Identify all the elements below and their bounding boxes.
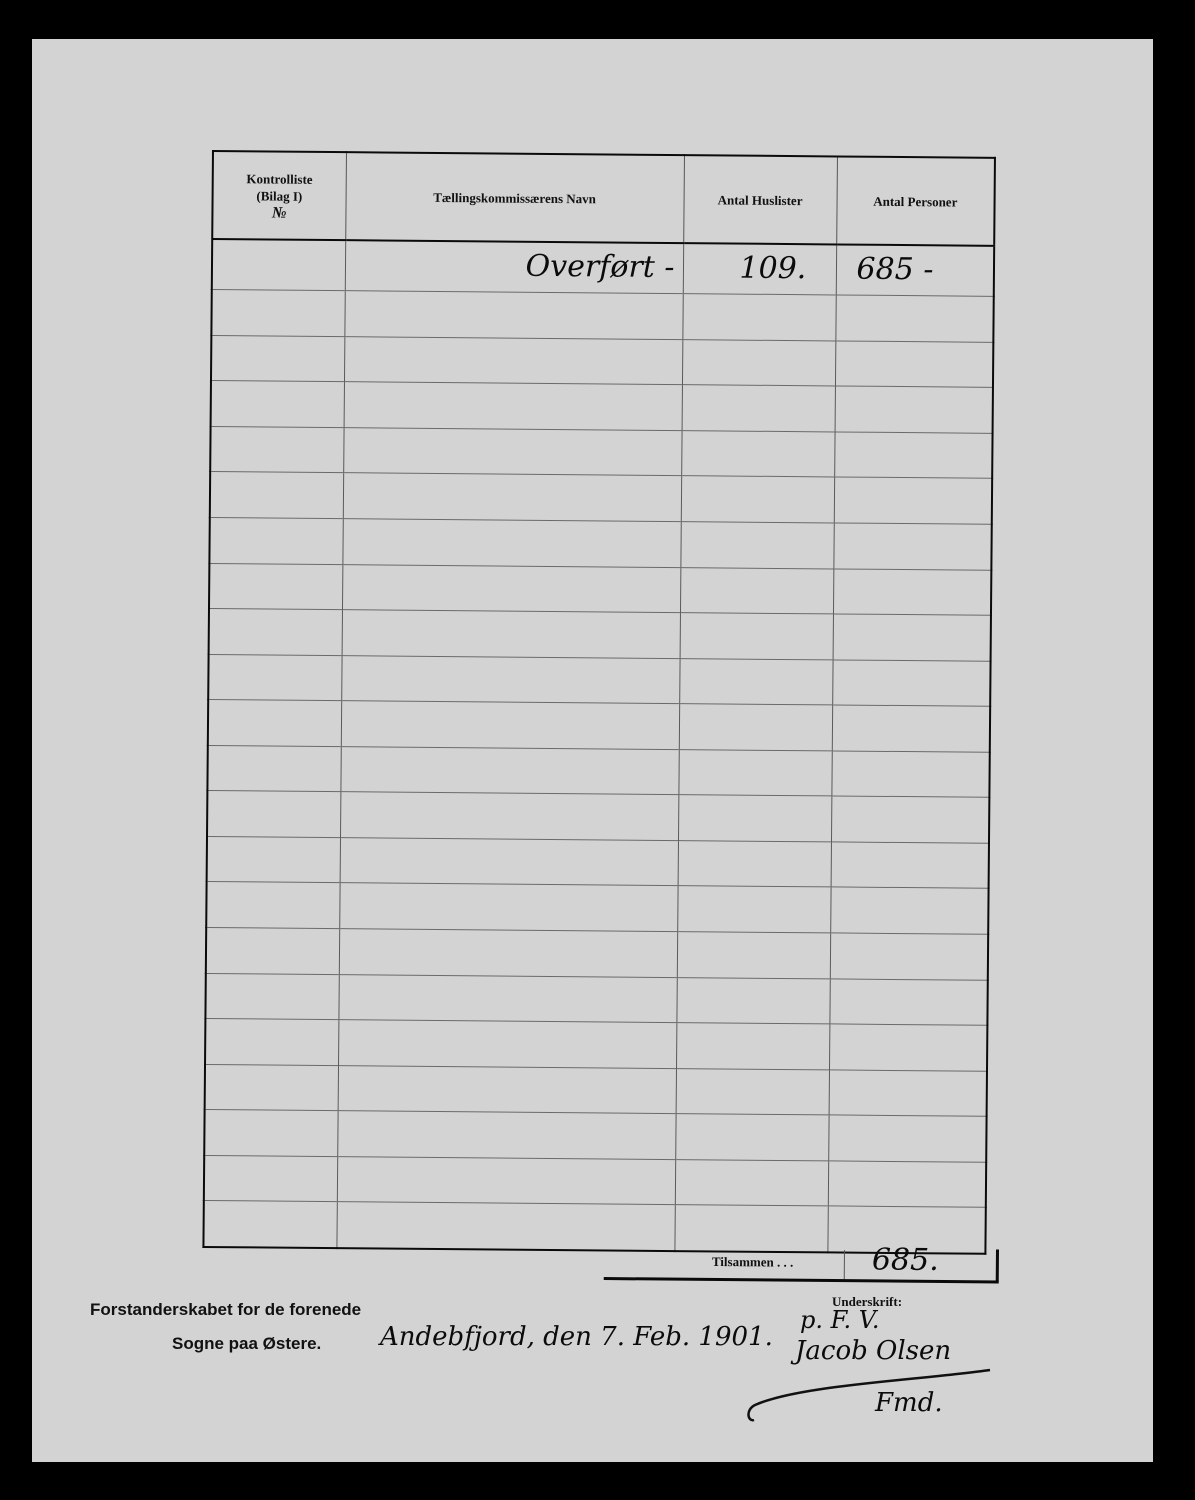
table-row [209,517,991,569]
cell-kontrolliste [203,1201,336,1248]
cell-personer: 685 - [836,244,994,296]
cell-personer [832,705,990,752]
cell-huslister [682,339,835,386]
header-personer: Antal Personer [836,156,995,245]
table-row [211,290,993,342]
cell-kontrolliste [211,381,344,428]
cell-personer [835,295,993,342]
table-row [207,836,989,888]
cell-personer [833,568,991,615]
cell-huslister [680,567,833,614]
table-row [205,1019,987,1071]
cell-navn [342,610,680,659]
header-kontrolliste-line2: (Bilag I) [215,187,345,205]
table-row [205,1064,987,1116]
handwritten-signature-title: Fmd. [875,1388,943,1418]
total-border-right [996,1249,999,1281]
cell-navn [340,746,678,795]
cell-navn [336,1202,674,1251]
cell-personer [828,1161,986,1208]
table-row [210,426,992,478]
signature-flourish-icon [740,1360,1000,1430]
table-row [204,1110,986,1162]
table-row [207,745,989,797]
cell-kontrolliste [208,654,341,701]
cell-navn [342,519,680,568]
table-row [203,1201,985,1254]
cell-navn [342,564,680,613]
cell-kontrolliste [207,745,340,792]
cell-navn [338,1065,676,1114]
cell-personer [831,751,989,798]
cell-huslister [682,385,835,432]
cell-huslister [677,932,830,979]
table-row [205,973,987,1025]
cell-huslister [678,840,831,887]
cell-navn [338,1020,676,1069]
cell-personer [829,1070,987,1117]
header-kontrolliste-line1: Kontrolliste [215,170,345,188]
total-divider [844,1250,845,1280]
cell-huslister [676,1068,829,1115]
cell-personer [834,477,992,524]
cell-navn [339,929,677,978]
cell-navn [344,382,682,431]
cell-kontrolliste [211,335,344,382]
census-control-table: Kontrolliste (Bilag I) № Tællingskommiss… [202,150,996,1255]
cell-huslister [674,1205,827,1252]
header-kontrolliste: Kontrolliste (Bilag I) № [212,151,346,240]
cell-kontrolliste [207,836,340,883]
cell-personer [830,933,988,980]
cell-huslister [676,977,829,1024]
cell-personer [830,887,988,934]
table-row [206,882,988,934]
issuer-line-2: Sogne paa Østere. [172,1334,321,1354]
cell-navn [344,291,682,340]
table-row [209,609,991,661]
cell-navn [343,427,681,476]
table-row [206,927,988,979]
handwritten-personer: 685 - [856,252,933,288]
cell-personer [828,1115,986,1162]
cell-navn [341,655,679,704]
table-row [208,654,990,706]
cell-huslister [676,1023,829,1070]
table-row [211,335,993,387]
cell-navn [343,473,681,522]
cell-huslister [675,1159,828,1206]
cell-kontrolliste [212,239,345,291]
cell-personer [833,523,991,570]
cell-kontrolliste [211,290,344,337]
cell-navn [344,336,682,385]
cell-kontrolliste [206,927,339,974]
issuer-line-1: Forstanderskabet for de forenede [90,1300,361,1320]
cell-kontrolliste [205,1019,338,1066]
cell-huslister [681,430,834,477]
cell-kontrolliste [206,882,339,929]
cell-huslister [682,294,835,341]
header-navn: Tællingskommissærens Navn [345,152,684,243]
table-row [211,381,993,433]
cell-huslister [675,1114,828,1161]
cell-personer [833,614,991,661]
cell-kontrolliste [205,973,338,1020]
cell-personer [831,796,989,843]
cell-huslister [681,476,834,523]
cell-personer [834,432,992,479]
total-row: Tilsammen . . . 685. [600,1248,998,1281]
cell-personer [835,341,993,388]
cell-kontrolliste [205,1064,338,1111]
cell-kontrolliste [209,609,342,656]
cell-huslister [677,886,830,933]
cell-navn [337,1111,675,1160]
cell-kontrolliste [204,1155,337,1202]
cell-kontrolliste [204,1110,337,1157]
cell-huslister [678,749,831,796]
cell-kontrolliste [209,517,342,564]
table-row [209,563,991,615]
table-row: Overført - 109. 685 - [212,239,994,296]
cell-huslister [679,704,832,751]
cell-kontrolliste [210,472,343,519]
table-row [204,1155,986,1207]
cell-huslister: 109. [683,243,836,295]
handwritten-signature-line1: p. F. V. [800,1306,880,1334]
cell-huslister [678,795,831,842]
table-row [210,472,992,524]
cell-navn [337,1156,675,1205]
cell-navn [340,838,678,887]
cell-huslister [680,522,833,569]
cell-kontrolliste [209,563,342,610]
cell-personer [829,1024,987,1071]
cell-personer [831,842,989,889]
header-huslister: Antal Huslister [683,155,837,244]
cell-navn [338,974,676,1023]
handwritten-huslister: 109. [739,251,806,287]
cell-personer [829,978,987,1025]
census-control-table-container: Kontrolliste (Bilag I) № Tællingskommiss… [202,150,994,1255]
handwritten-overfort: Overført - [525,249,674,285]
handwritten-total-value: 685. [872,1242,939,1278]
cell-navn: Overført - [345,240,683,294]
header-number-sign: № [214,204,344,222]
cell-personer [832,660,990,707]
cell-kontrolliste [210,426,343,473]
cell-kontrolliste [207,791,340,838]
table-header-row: Kontrolliste (Bilag I) № Tællingskommiss… [212,151,995,246]
handwritten-place-date: Andebfjord, den 7. Feb. 1901. [380,1322,773,1352]
cell-personer [835,386,993,433]
table-row [208,700,990,752]
cell-navn [341,701,679,750]
cell-navn [339,883,677,932]
cell-kontrolliste [208,700,341,747]
cell-huslister [680,613,833,660]
cell-navn [340,792,678,841]
cell-huslister [679,658,832,705]
table-row [207,791,989,843]
total-label: Tilsammen . . . [712,1254,794,1271]
